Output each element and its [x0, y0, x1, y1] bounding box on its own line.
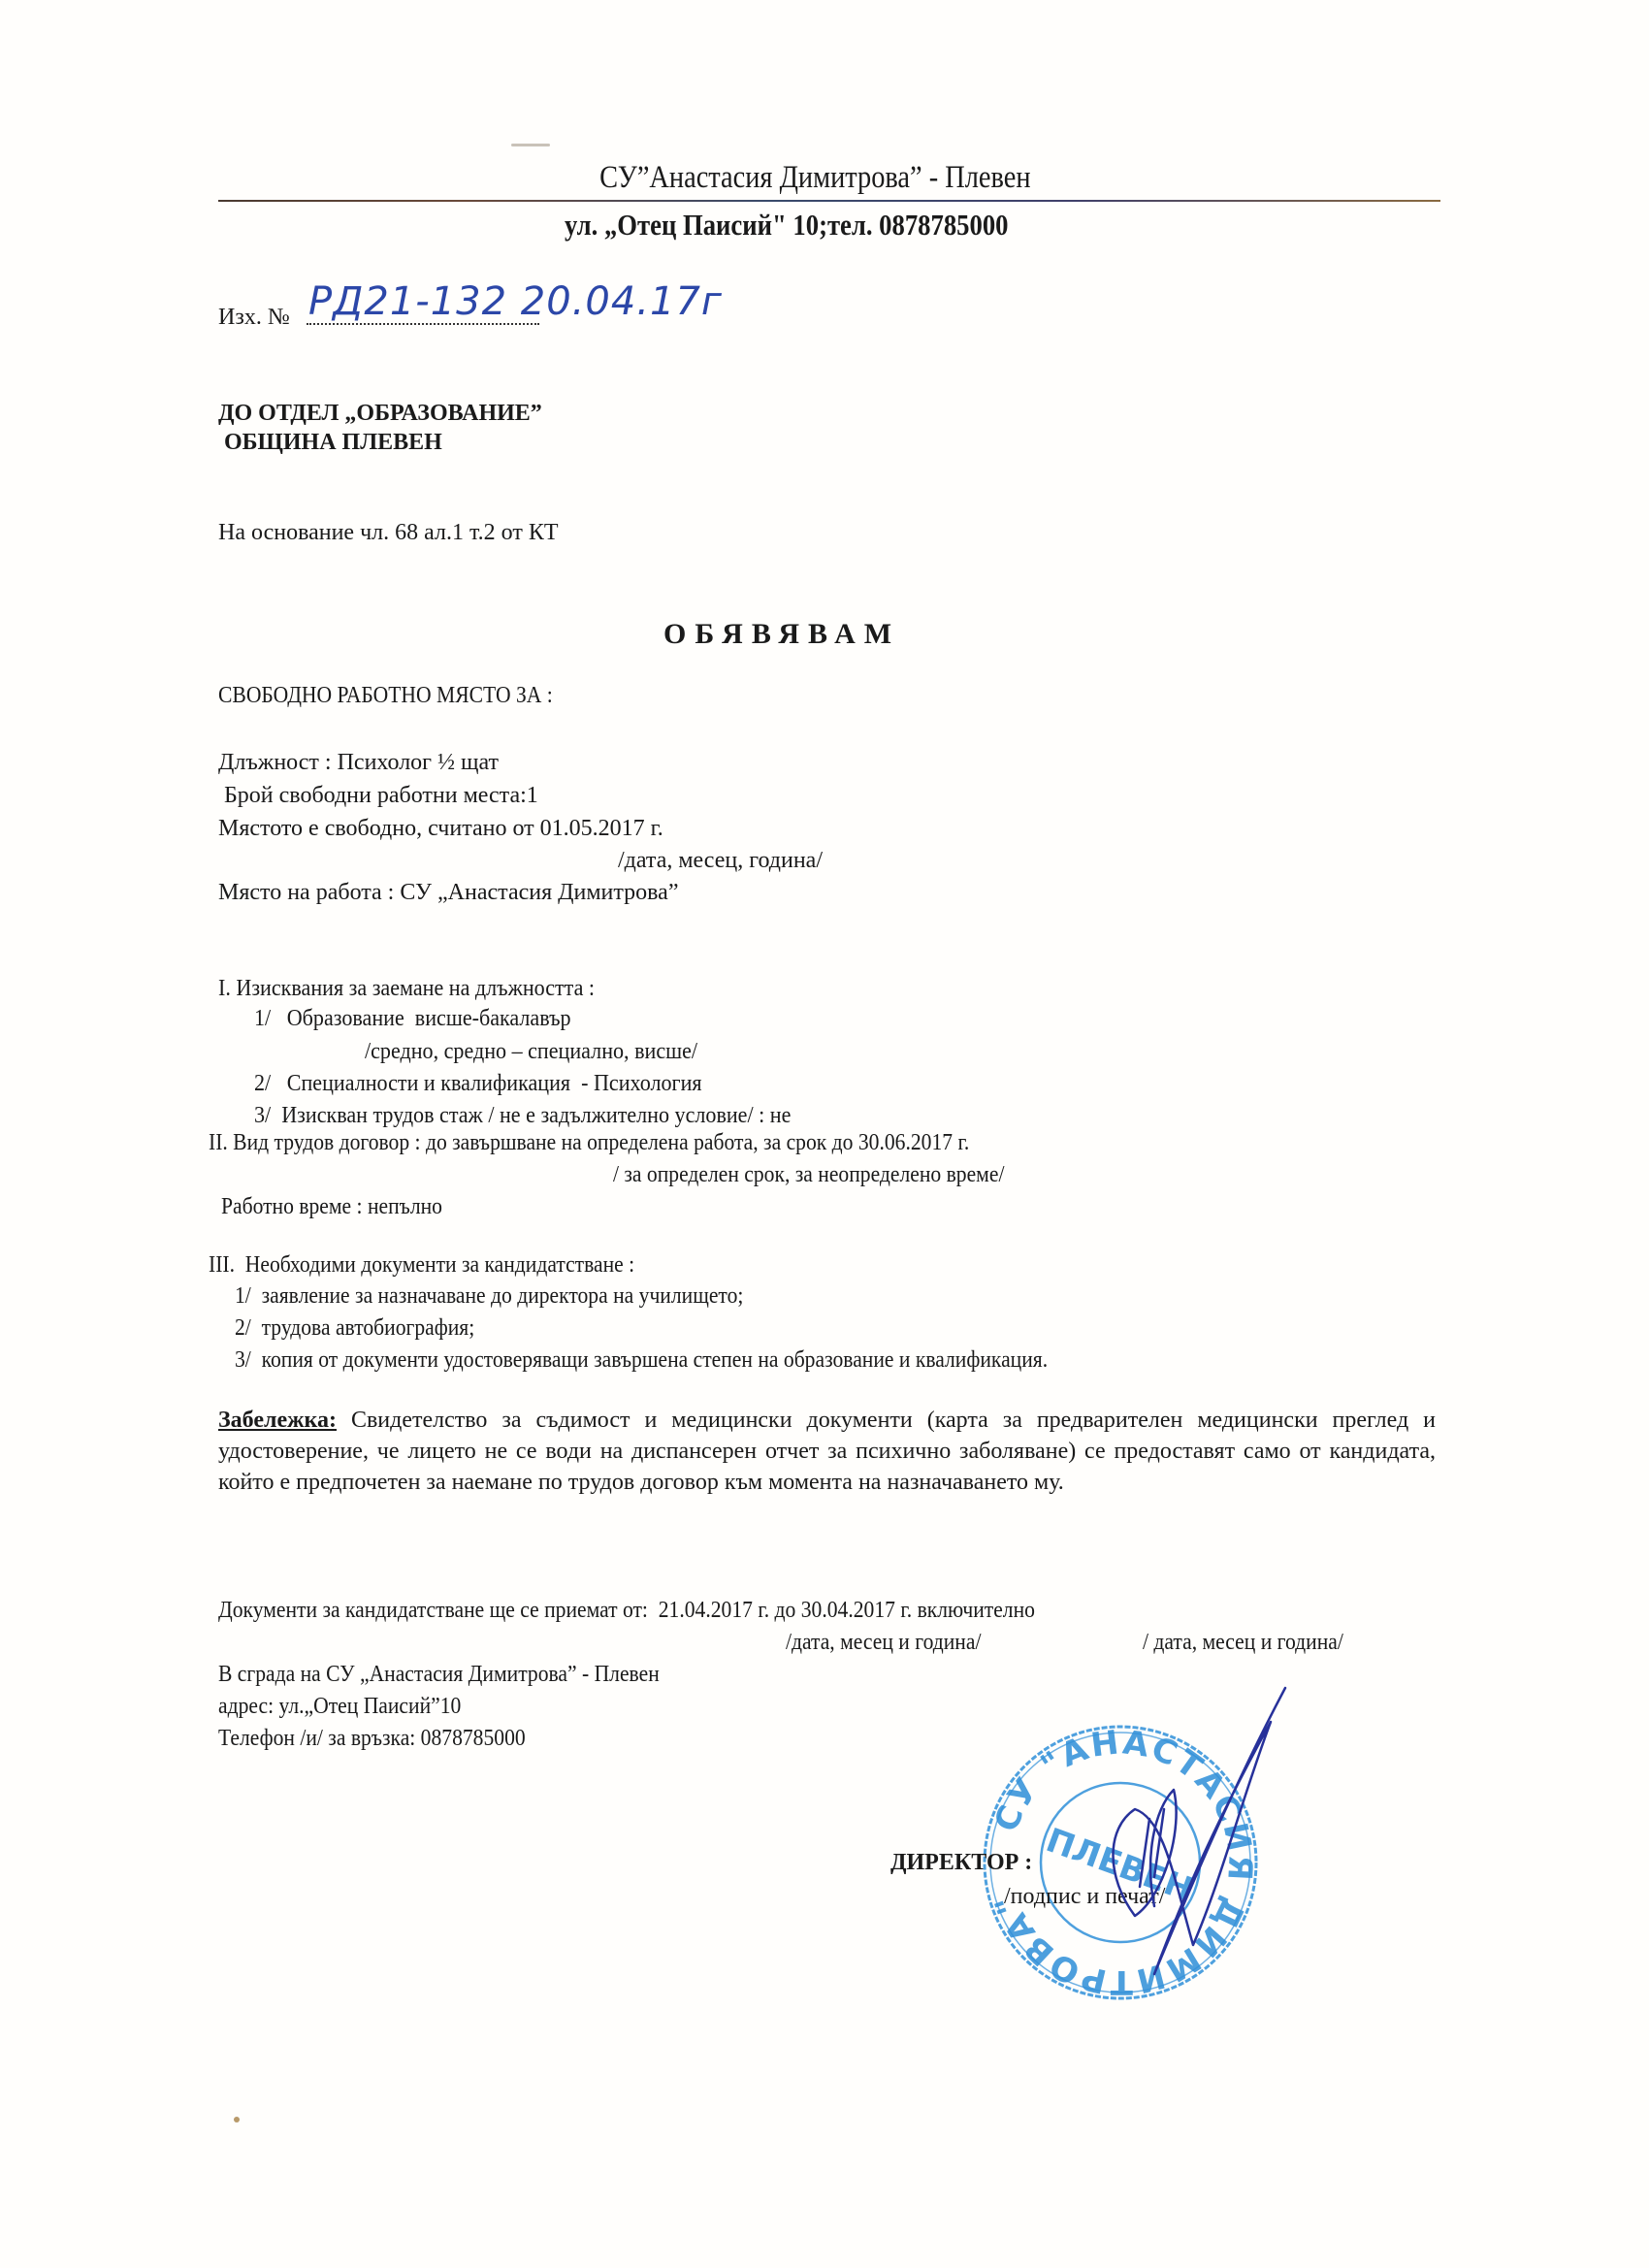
document-item-application: 1/ заявление за назначаване до директора… — [235, 1282, 743, 1310]
note-paragraph: Забележка: Свидетелство за съдимост и ме… — [218, 1405, 1436, 1498]
submission-location: В сграда на СУ „Анастасия Димитрова” - П… — [218, 1661, 660, 1688]
requirement-education: 1/ Образование висше-бакалавър — [254, 1005, 571, 1032]
recipient-line-2: ОБЩИНА ПЛЕВЕН — [218, 429, 442, 456]
requirement-education-hint: /средно, средно – специално, висше/ — [365, 1038, 697, 1065]
vacancy-heading: СВОБОДНО РАБОТНО МЯСТО ЗА : — [218, 682, 553, 709]
header-rule — [218, 200, 1440, 202]
submission-hint-to: / дата, месец и година/ — [1143, 1629, 1343, 1656]
submission-address: адрес: ул.„Отец Паисий”10 — [218, 1693, 461, 1720]
submission-period: Документи за кандидатстване ще се приема… — [218, 1597, 1035, 1624]
school-name-header: СУ”Анастасия Димитрова” - Плевен — [599, 159, 1030, 196]
working-time: Работно време : непълно — [221, 1193, 442, 1220]
position-count: Брой свободни работни места:1 — [218, 782, 538, 809]
position-title: Длъжност : Психолог ½ щат — [218, 749, 499, 776]
vacant-from-hint: /дата, месец, година/ — [618, 847, 823, 874]
document-title: ОБЯВЯВАМ — [663, 621, 900, 648]
scan-speck — [511, 144, 550, 146]
director-signature-icon — [1096, 1683, 1290, 2003]
director-label: ДИРЕКТОР : — [890, 1849, 1032, 1876]
outgoing-number-label: Изх. № — [218, 304, 290, 331]
note-label: Забележка: — [218, 1408, 337, 1433]
submission-phone: Телефон /и/ за връзка: 0878785000 — [218, 1725, 526, 1752]
requirement-specialty: 2/ Специалности и квалификация - Психоло… — [254, 1070, 702, 1097]
requirements-heading: I. Изисквания за заемане на длъжността : — [218, 975, 595, 1002]
document-item-cv: 2/ трудова автобиография; — [235, 1314, 474, 1342]
documents-heading: III. Необходими документи за кандидатств… — [209, 1251, 634, 1279]
workplace: Място на работа : СУ „Анастасия Димитров… — [218, 879, 678, 906]
document-item-diplomas: 3/ копия от документи удостоверяващи зав… — [235, 1346, 1048, 1374]
document-page: СУ”Анастасия Димитрова” - Плевен ул. „От… — [0, 0, 1649, 2268]
submission-hint-from: /дата, месец и година/ — [786, 1629, 981, 1656]
requirement-experience: 3/ Изискван трудов стаж / не е задължите… — [254, 1102, 791, 1129]
contract-type: II. Вид трудов договор : до завършване н… — [209, 1129, 969, 1156]
address-header: ул. „Отец Паисий" 10;тел. 0878785000 — [565, 208, 1008, 243]
handwritten-outgoing-number: РД21-132 20.04.17г — [308, 279, 723, 324]
vacant-from: Мястото е свободно, считано от 01.05.201… — [218, 815, 663, 842]
scan-speck — [234, 2117, 240, 2122]
recipient-line-1: ДО ОТДЕЛ „ОБРАЗОВАНИЕ” — [218, 400, 542, 427]
note-text: Свидетелство за съдимост и медицински до… — [218, 1408, 1436, 1495]
legal-basis: На основание чл. 68 ал.1 т.2 от КТ — [218, 519, 559, 546]
contract-type-hint: / за определен срок, за неопределено вре… — [613, 1161, 1004, 1188]
